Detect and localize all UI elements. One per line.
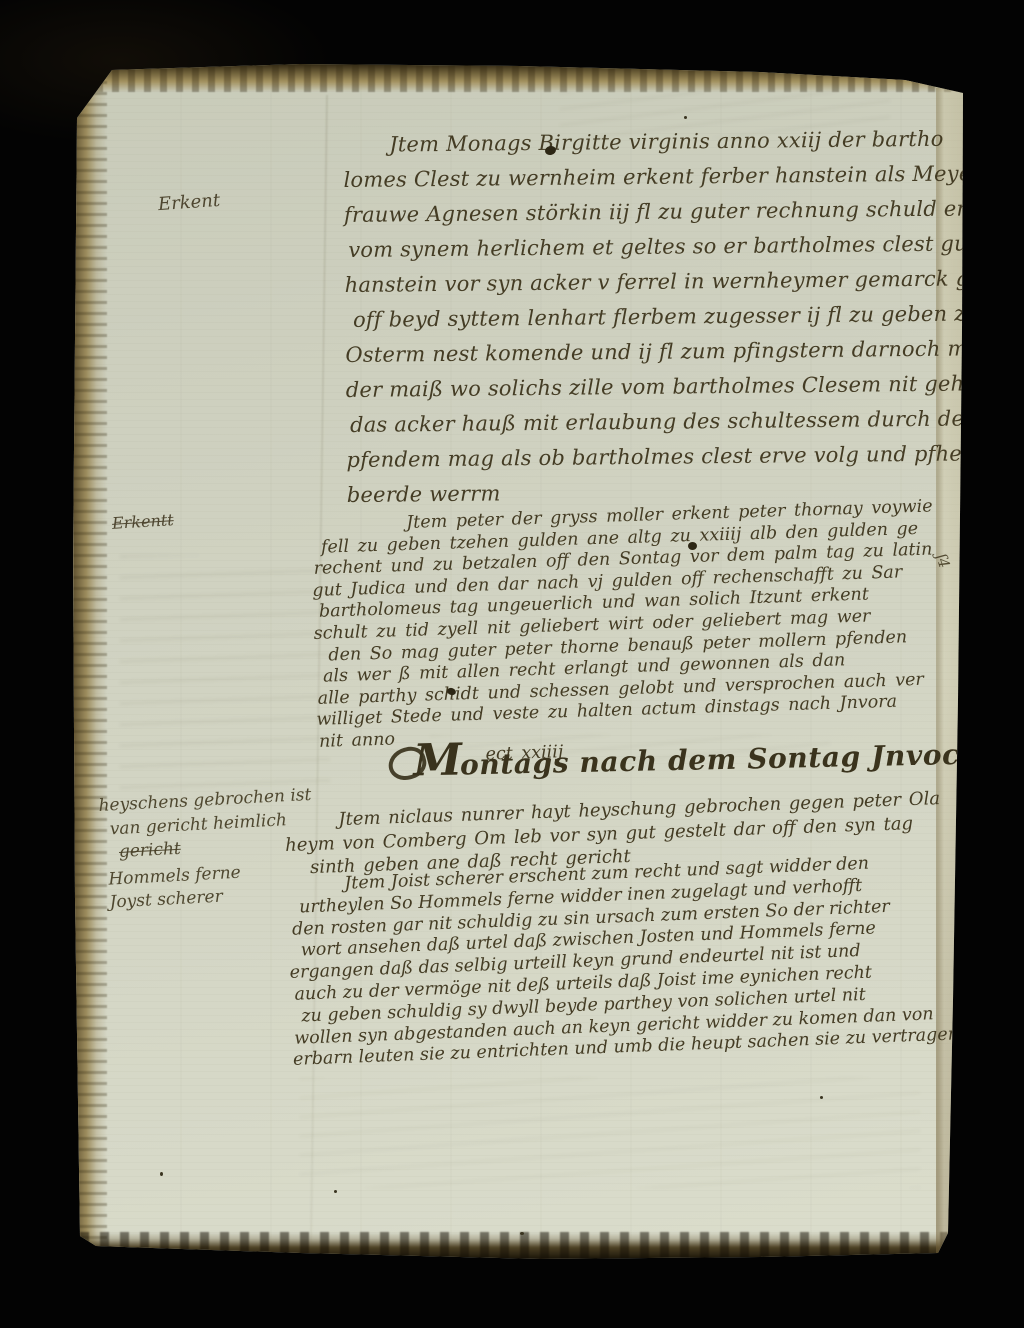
photograph-background: Erkent Erkentt heyschens gebrochen ist v…	[0, 0, 1024, 1328]
manuscript-page: Erkent Erkentt heyschens gebrochen ist v…	[0, 0, 1024, 1328]
ink-showthrough-smudge	[120, 555, 330, 790]
ink-speck	[160, 1172, 163, 1176]
quire-mark: ʃ4	[932, 552, 953, 571]
ink-speck	[820, 1096, 823, 1099]
ink-speck	[334, 1190, 337, 1193]
entry-record-1: Jtem Monags Birgitte virginis anno xxiij…	[343, 120, 1024, 513]
page-bottom-deckle-edge	[80, 1232, 948, 1260]
page-top-deckle-edge	[80, 62, 970, 92]
entry-record-2: Jtem peter der gryss moller erkent peter…	[310, 496, 940, 771]
ink-blot	[688, 542, 697, 550]
margin-note-block: heyschens gebrochen ist van gericht heim…	[98, 784, 317, 915]
ink-speck	[520, 1232, 524, 1235]
ink-showthrough-smudge	[300, 1078, 920, 1188]
entry-record-4: Jtem Joist scherer erschent zum recht un…	[286, 850, 959, 1072]
ink-speck	[684, 116, 687, 119]
page-left-binding-edge	[73, 70, 107, 1250]
margin-note-erkentt-struck: Erkentt	[111, 510, 174, 533]
ornate-initial: M	[388, 746, 460, 782]
text-line: pfendem mag als ob bartholmes clest erve…	[346, 435, 1024, 478]
margin-note-erkent: Erkent	[157, 190, 220, 215]
